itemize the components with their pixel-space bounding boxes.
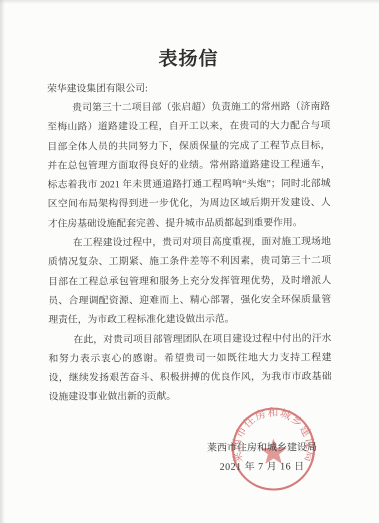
letter-body: 贵司第三十二项目部（张启超）负责施工的常州路（济南路至梅山路）道路建设工程，自开…	[47, 97, 332, 407]
letter-paragraph-2: 在工程建设过程中，贵司对项目高度重视，面对施工现场地质情况复杂、工期紧、施工条件…	[48, 232, 332, 330]
letter-content: 表扬信 荣华建设集团有限公司: 贵司第三十二项目部（张启超）负责施工的常州路（济…	[0, 0, 379, 523]
signature-block: 莱西市住房和城乡建设局 2021 年 7 月 16 日	[189, 438, 335, 477]
scanned-letter-page: 表扬信 荣华建设集团有限公司: 贵司第三十二项目部（张启超）负责施工的常州路（济…	[0, 0, 379, 523]
signature-date: 2021 年 7 月 16 日	[189, 457, 335, 477]
signature-organization: 莱西市住房和城乡建设局	[189, 438, 335, 458]
letter-title: 表扬信	[0, 43, 378, 72]
letter-addressee: 荣华建设集团有限公司:	[47, 79, 148, 99]
letter-paragraph-1: 贵司第三十二项目部（张启超）负责施工的常州路（济南路至梅山路）道路建设工程，自开…	[47, 97, 331, 234]
letter-paragraph-3: 在此，对贵司项目部管理团队在项目建设过程中付出的汗水和努力表示衷心的感谢。希望贵…	[48, 329, 331, 408]
